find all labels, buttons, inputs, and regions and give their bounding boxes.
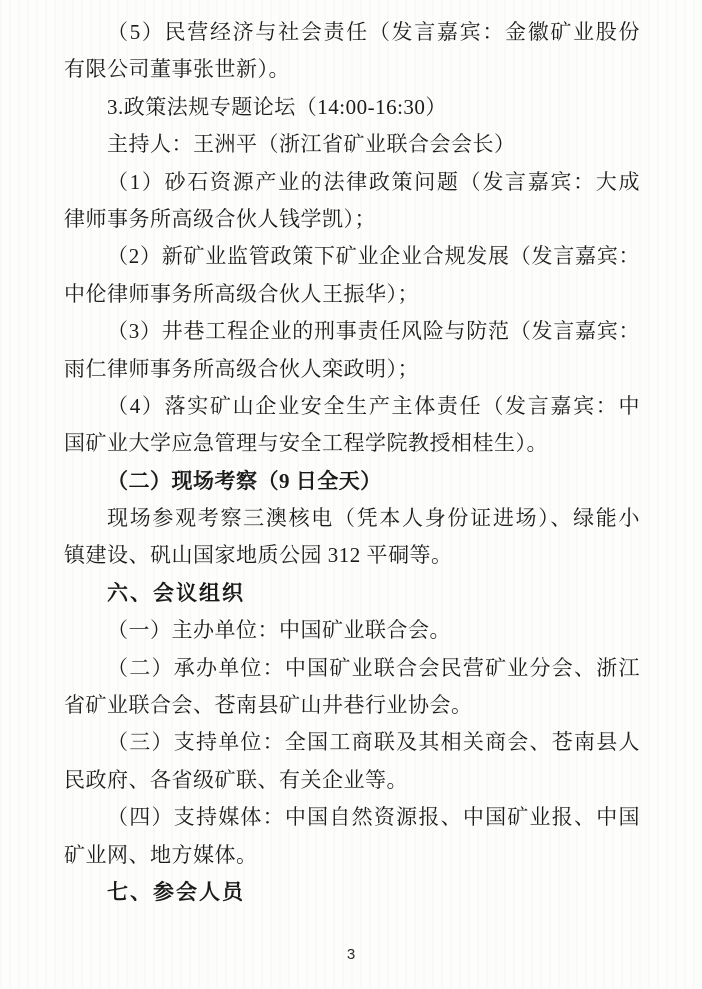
text-line: 民政府、各省级矿联、有关企业等。 bbox=[64, 762, 640, 799]
text-line: （1）砂石资源产业的法律政策问题（发言嘉宾：大成 bbox=[64, 164, 640, 201]
text-line: （一）主办单位：中国矿业联合会。 bbox=[64, 612, 640, 649]
text-line: （4）落实矿山企业安全生产主体责任（发言嘉宾：中 bbox=[64, 388, 640, 425]
text-line: 国矿业大学应急管理与安全工程学院教授相桂生）。 bbox=[64, 425, 640, 462]
text-line: （3）井巷工程企业的刑事责任风险与防范（发言嘉宾： bbox=[64, 313, 640, 350]
text-line: 矿业网、地方媒体。 bbox=[64, 837, 640, 874]
document-body: （5）民营经济与社会责任（发言嘉宾：金徽矿业股份有限公司董事张世新）。3.政策法… bbox=[64, 14, 640, 911]
text-line: 中伦律师事务所高级合伙人王振华）； bbox=[64, 276, 640, 313]
text-line: （2）新矿业监管政策下矿业企业合规发展（发言嘉宾： bbox=[64, 238, 640, 275]
page-number: 3 bbox=[0, 946, 702, 963]
text-line: 有限公司董事张世新）。 bbox=[64, 51, 640, 88]
subsection-heading: （二）现场考察（9 日全天） bbox=[64, 463, 640, 500]
text-line: （三）支持单位：全国工商联及其相关商会、苍南县人 bbox=[64, 724, 640, 761]
text-line: （5）民营经济与社会责任（发言嘉宾：金徽矿业股份 bbox=[64, 14, 640, 51]
section-heading: 七、参会人员 bbox=[64, 874, 640, 911]
text-line: 律师事务所高级合伙人钱学凯）； bbox=[64, 201, 640, 238]
text-line: （四）支持媒体：中国自然资源报、中国矿业报、中国 bbox=[64, 799, 640, 836]
text-line: 3.政策法规专题论坛（14:00-16:30） bbox=[64, 89, 640, 126]
text-line: 省矿业联合会、苍南县矿山井巷行业协会。 bbox=[64, 687, 640, 724]
section-heading: 六、会议组织 bbox=[64, 575, 640, 612]
text-line: 现场参观考察三澳核电（凭本人身份证进场）、绿能小 bbox=[64, 500, 640, 537]
text-line: 雨仁律师事务所高级合伙人栾政明）； bbox=[64, 351, 640, 388]
text-line: 主持人：王洲平（浙江省矿业联合会会长） bbox=[64, 126, 640, 163]
document-page: （5）民营经济与社会责任（发言嘉宾：金徽矿业股份有限公司董事张世新）。3.政策法… bbox=[0, 0, 702, 989]
text-line: 镇建设、矾山国家地质公园 312 平硐等。 bbox=[64, 537, 640, 574]
text-line: （二）承办单位：中国矿业联合会民营矿业分会、浙江 bbox=[64, 650, 640, 687]
